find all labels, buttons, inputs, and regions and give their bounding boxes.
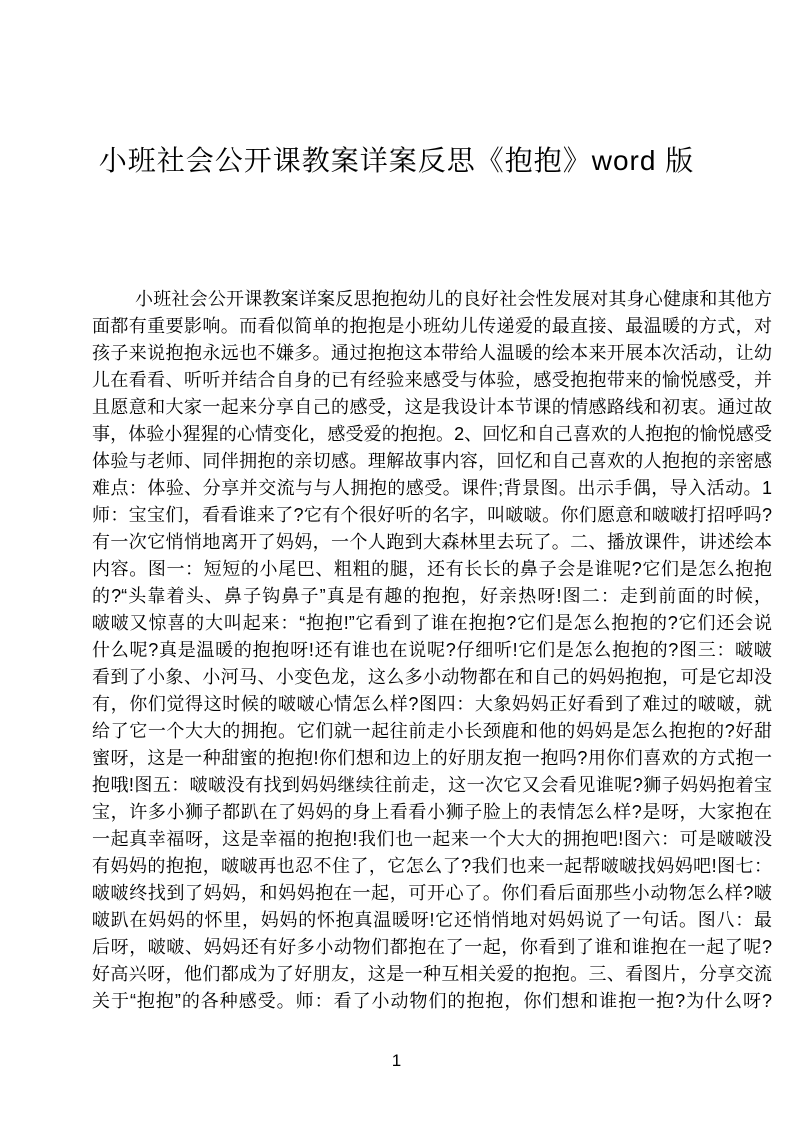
text-line: 有，你们觉得这时候的啵啵心情怎么样?图四：大象妈妈正好看到了难过的啵啵，就 <box>92 691 772 718</box>
text-line: 啵啵终找到了妈妈，和妈妈抱在一起，可开心了。你们看后面那些小动物怎么样?啵 <box>92 880 772 907</box>
text-line: 蜜呀，这是一种甜蜜的抱抱!你们想和边上的好朋友抱一抱吗?用你们喜欢的方式抱一 <box>92 745 772 772</box>
text-line: 什么呢?真是温暖的抱抱呀!还有谁也在说呢?仔细听!它们是怎么抱抱的?图三：啵啵 <box>92 637 772 664</box>
text-line: 后呀，啵啵、妈妈还有好多小动物们都抱在了一起，你看到了谁和谁抱在一起了呢? <box>92 934 772 961</box>
page-title: 小班社会公开课教案详案反思《抱抱》word 版 <box>0 139 793 179</box>
page-number: 1 <box>0 1051 793 1071</box>
text-line: 难点：体验、分享并交流与与人拥抱的感受。课件;背景图。出示手偶，导入活动。1 <box>92 475 772 502</box>
text-line: 给了它一个大大的拥抱。它们就一起往前走小长颈鹿和他的妈妈是怎么抱抱的?好甜 <box>92 718 772 745</box>
text-line: 儿在看看、听听并结合自身的已有经验来感受与体验，感受抱抱带来的愉悦感受，并 <box>92 367 772 394</box>
text-line: 孩子来说抱抱永远也不嫌多。通过抱抱这本带给人温暖的绘本来开展本次活动，让幼 <box>92 340 772 367</box>
text-line: 啵啵又惊喜的大叫起来：“抱抱!”它看到了谁在抱抱?它们是怎么抱抱的?它们还会说 <box>92 610 772 637</box>
text-line: 事，体验小猩猩的心情变化，感受爱的抱抱。2、回忆和自己喜欢的人抱抱的愉悦感受 <box>92 421 772 448</box>
text-line: 小班社会公开课教案详案反思抱抱幼儿的良好社会性发展对其身心健康和其他方 <box>92 286 772 313</box>
text-line: 看到了小象、小河马、小变色龙，这么多小动物都在和自己的妈妈抱抱，可是它却没 <box>92 664 772 691</box>
text-line: 内容。图一：短短的小尾巴、粗粗的腿，还有长长的鼻子会是谁呢?它们是怎么抱抱 <box>92 556 772 583</box>
text-line: 一起真幸福呀，这是幸福的抱抱!我们也一起来一个大大的拥抱吧!图六：可是啵啵没 <box>92 826 772 853</box>
text-line: 师：宝宝们，看看谁来了?它有个很好听的名字，叫啵啵。你们愿意和啵啵打招呼吗? <box>92 502 772 529</box>
text-line: 好高兴呀，他们都成为了好朋友，这是一种互相关爱的抱抱。三、看图片，分享交流 <box>92 961 772 988</box>
text-line: 关于“抱抱”的各种感受。师：看了小动物们的抱抱，你们想和谁抱一抱?为什么呀? <box>92 988 772 1015</box>
text-line: 的?“头靠着头、鼻子钩鼻子”真是有趣的抱抱，好亲热呀!图二：走到前面的时候， <box>92 583 772 610</box>
text-line: 体验与老师、同伴拥抱的亲切感。理解故事内容，回忆和自己喜欢的人抱抱的亲密感 <box>92 448 772 475</box>
text-line: 有妈妈的抱抱，啵啵再也忍不住了，它怎么了?我们也来一起帮啵啵找妈妈吧!图七： <box>92 853 772 880</box>
text-line: 抱哦!图五：啵啵没有找到妈妈继续往前走，这一次它又会看见谁呢?狮子妈妈抱着宝 <box>92 772 772 799</box>
text-line: 有一次它悄悄地离开了妈妈，一个人跑到大森林里去玩了。二、播放课件，讲述绘本 <box>92 529 772 556</box>
body-text: 小班社会公开课教案详案反思抱抱幼儿的良好社会性发展对其身心健康和其他方面都有重要… <box>92 286 772 1015</box>
text-line: 宝，许多小狮子都趴在了妈妈的身上看看小狮子脸上的表情怎么样?是呀，大家抱在 <box>92 799 772 826</box>
text-line: 啵趴在妈妈的怀里，妈妈的怀抱真温暖呀!它还悄悄地对妈妈说了一句话。图八：最 <box>92 907 772 934</box>
text-line: 且愿意和大家一起来分享自己的感受，这是我设计本节课的情感路线和初衷。通过故 <box>92 394 772 421</box>
document-page: 小班社会公开课教案详案反思《抱抱》word 版 小班社会公开课教案详案反思抱抱幼… <box>0 0 793 1122</box>
text-line: 面都有重要影响。而看似简单的抱抱是小班幼儿传递爱的最直接、最温暖的方式，对 <box>92 313 772 340</box>
